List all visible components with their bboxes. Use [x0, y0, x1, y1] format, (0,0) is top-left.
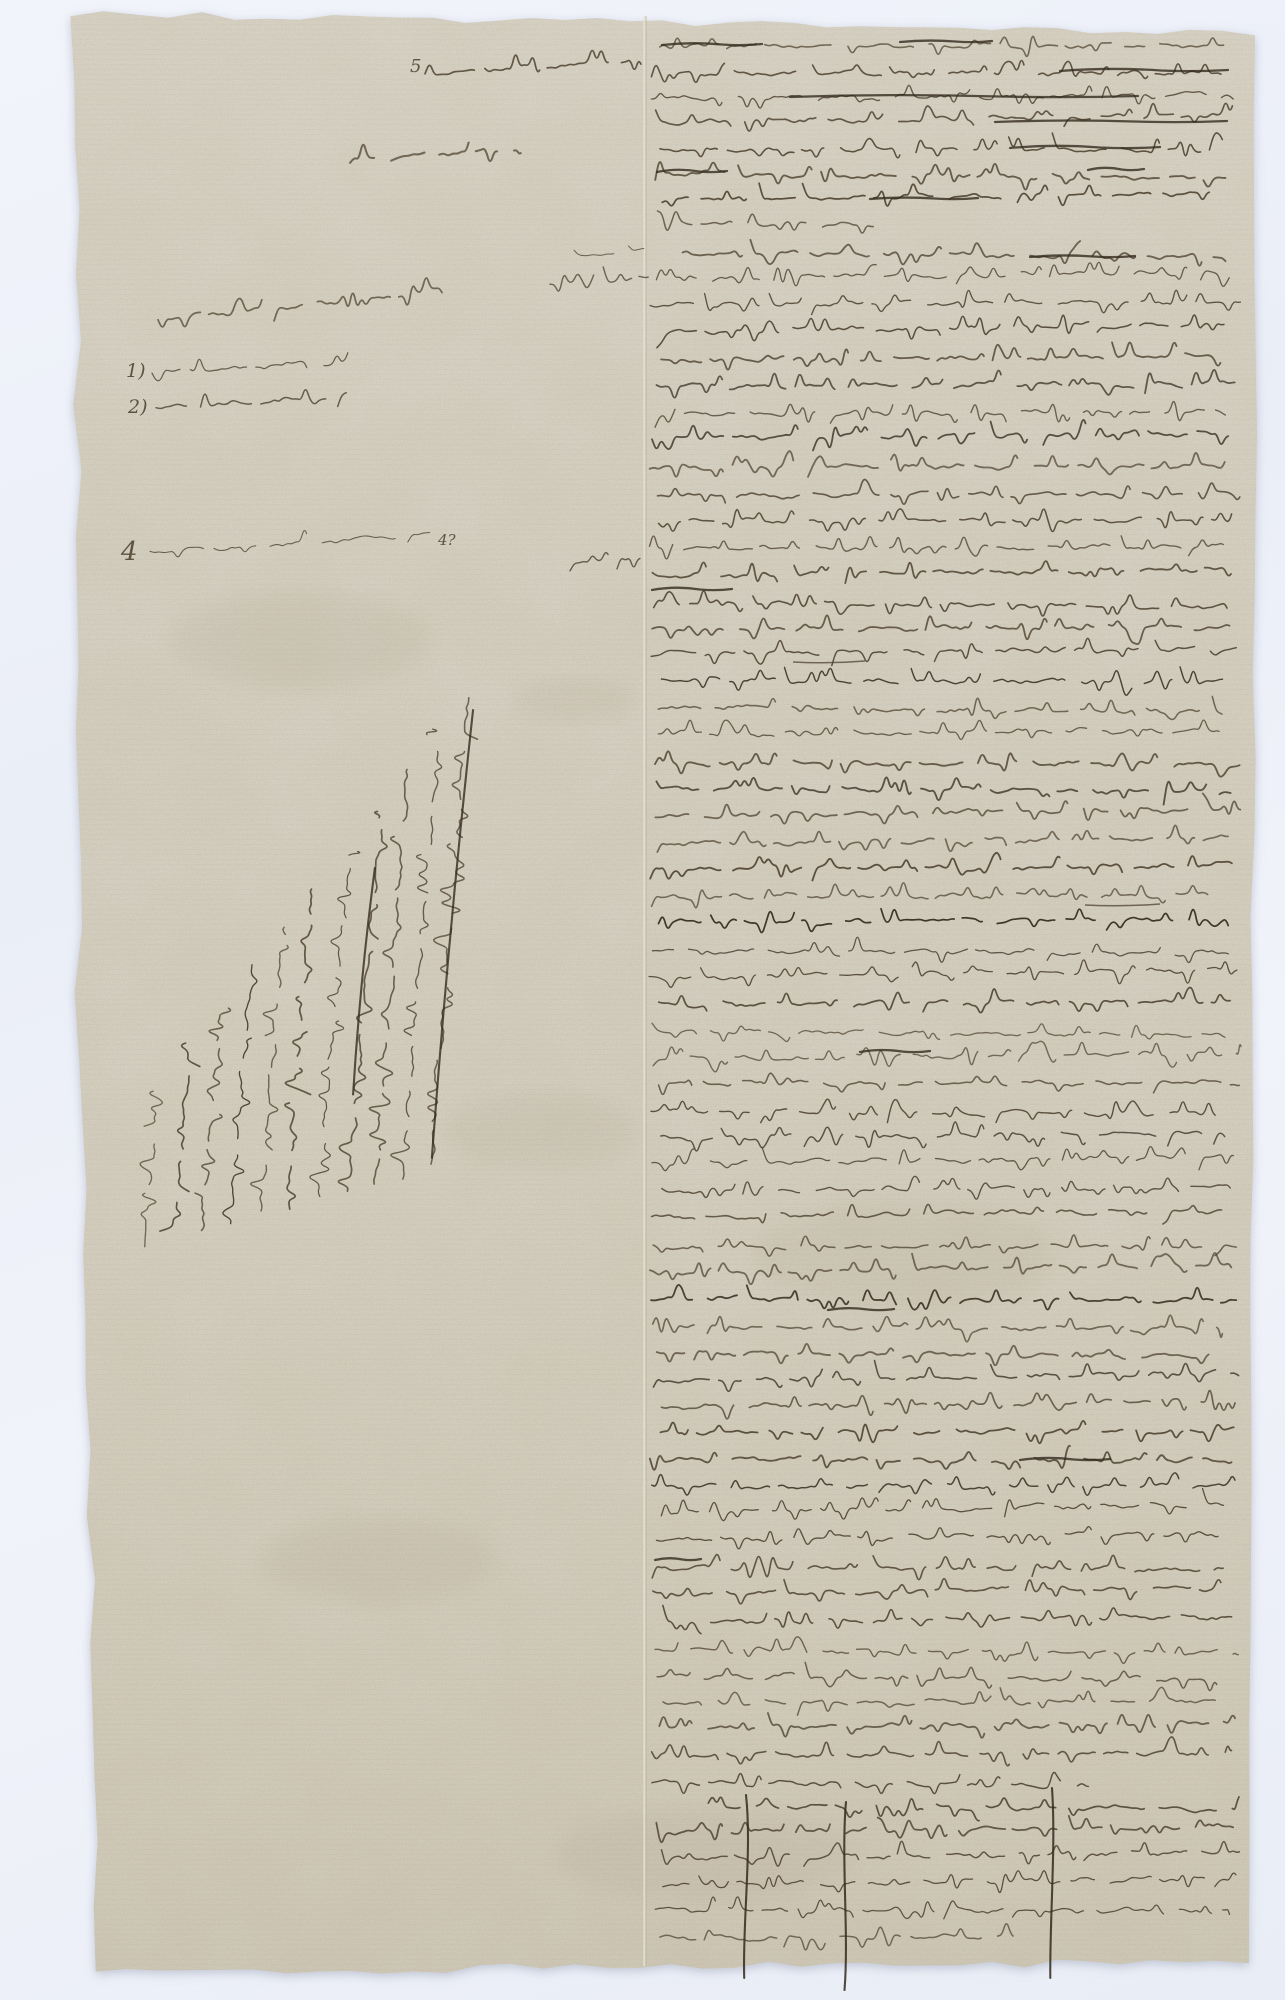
crease-highlight — [644, 16, 645, 1966]
crease-shadow — [646, 16, 647, 1966]
token-text: 2) — [127, 396, 148, 418]
center-fold-crease — [644, 16, 646, 1966]
token-text: 4? — [437, 531, 457, 549]
stain — [260, 1516, 500, 1604]
token-text: 1) — [126, 360, 146, 382]
manuscript-page: 51)2)44? — [0, 0, 1285, 2000]
token-text: 4 — [120, 537, 138, 567]
stain — [555, 1809, 855, 1901]
stain — [445, 1092, 635, 1168]
stain — [170, 592, 430, 688]
token-text: 5 — [410, 56, 421, 77]
scan-background: 51)2)44? — [0, 0, 1285, 2000]
stain — [515, 678, 635, 722]
